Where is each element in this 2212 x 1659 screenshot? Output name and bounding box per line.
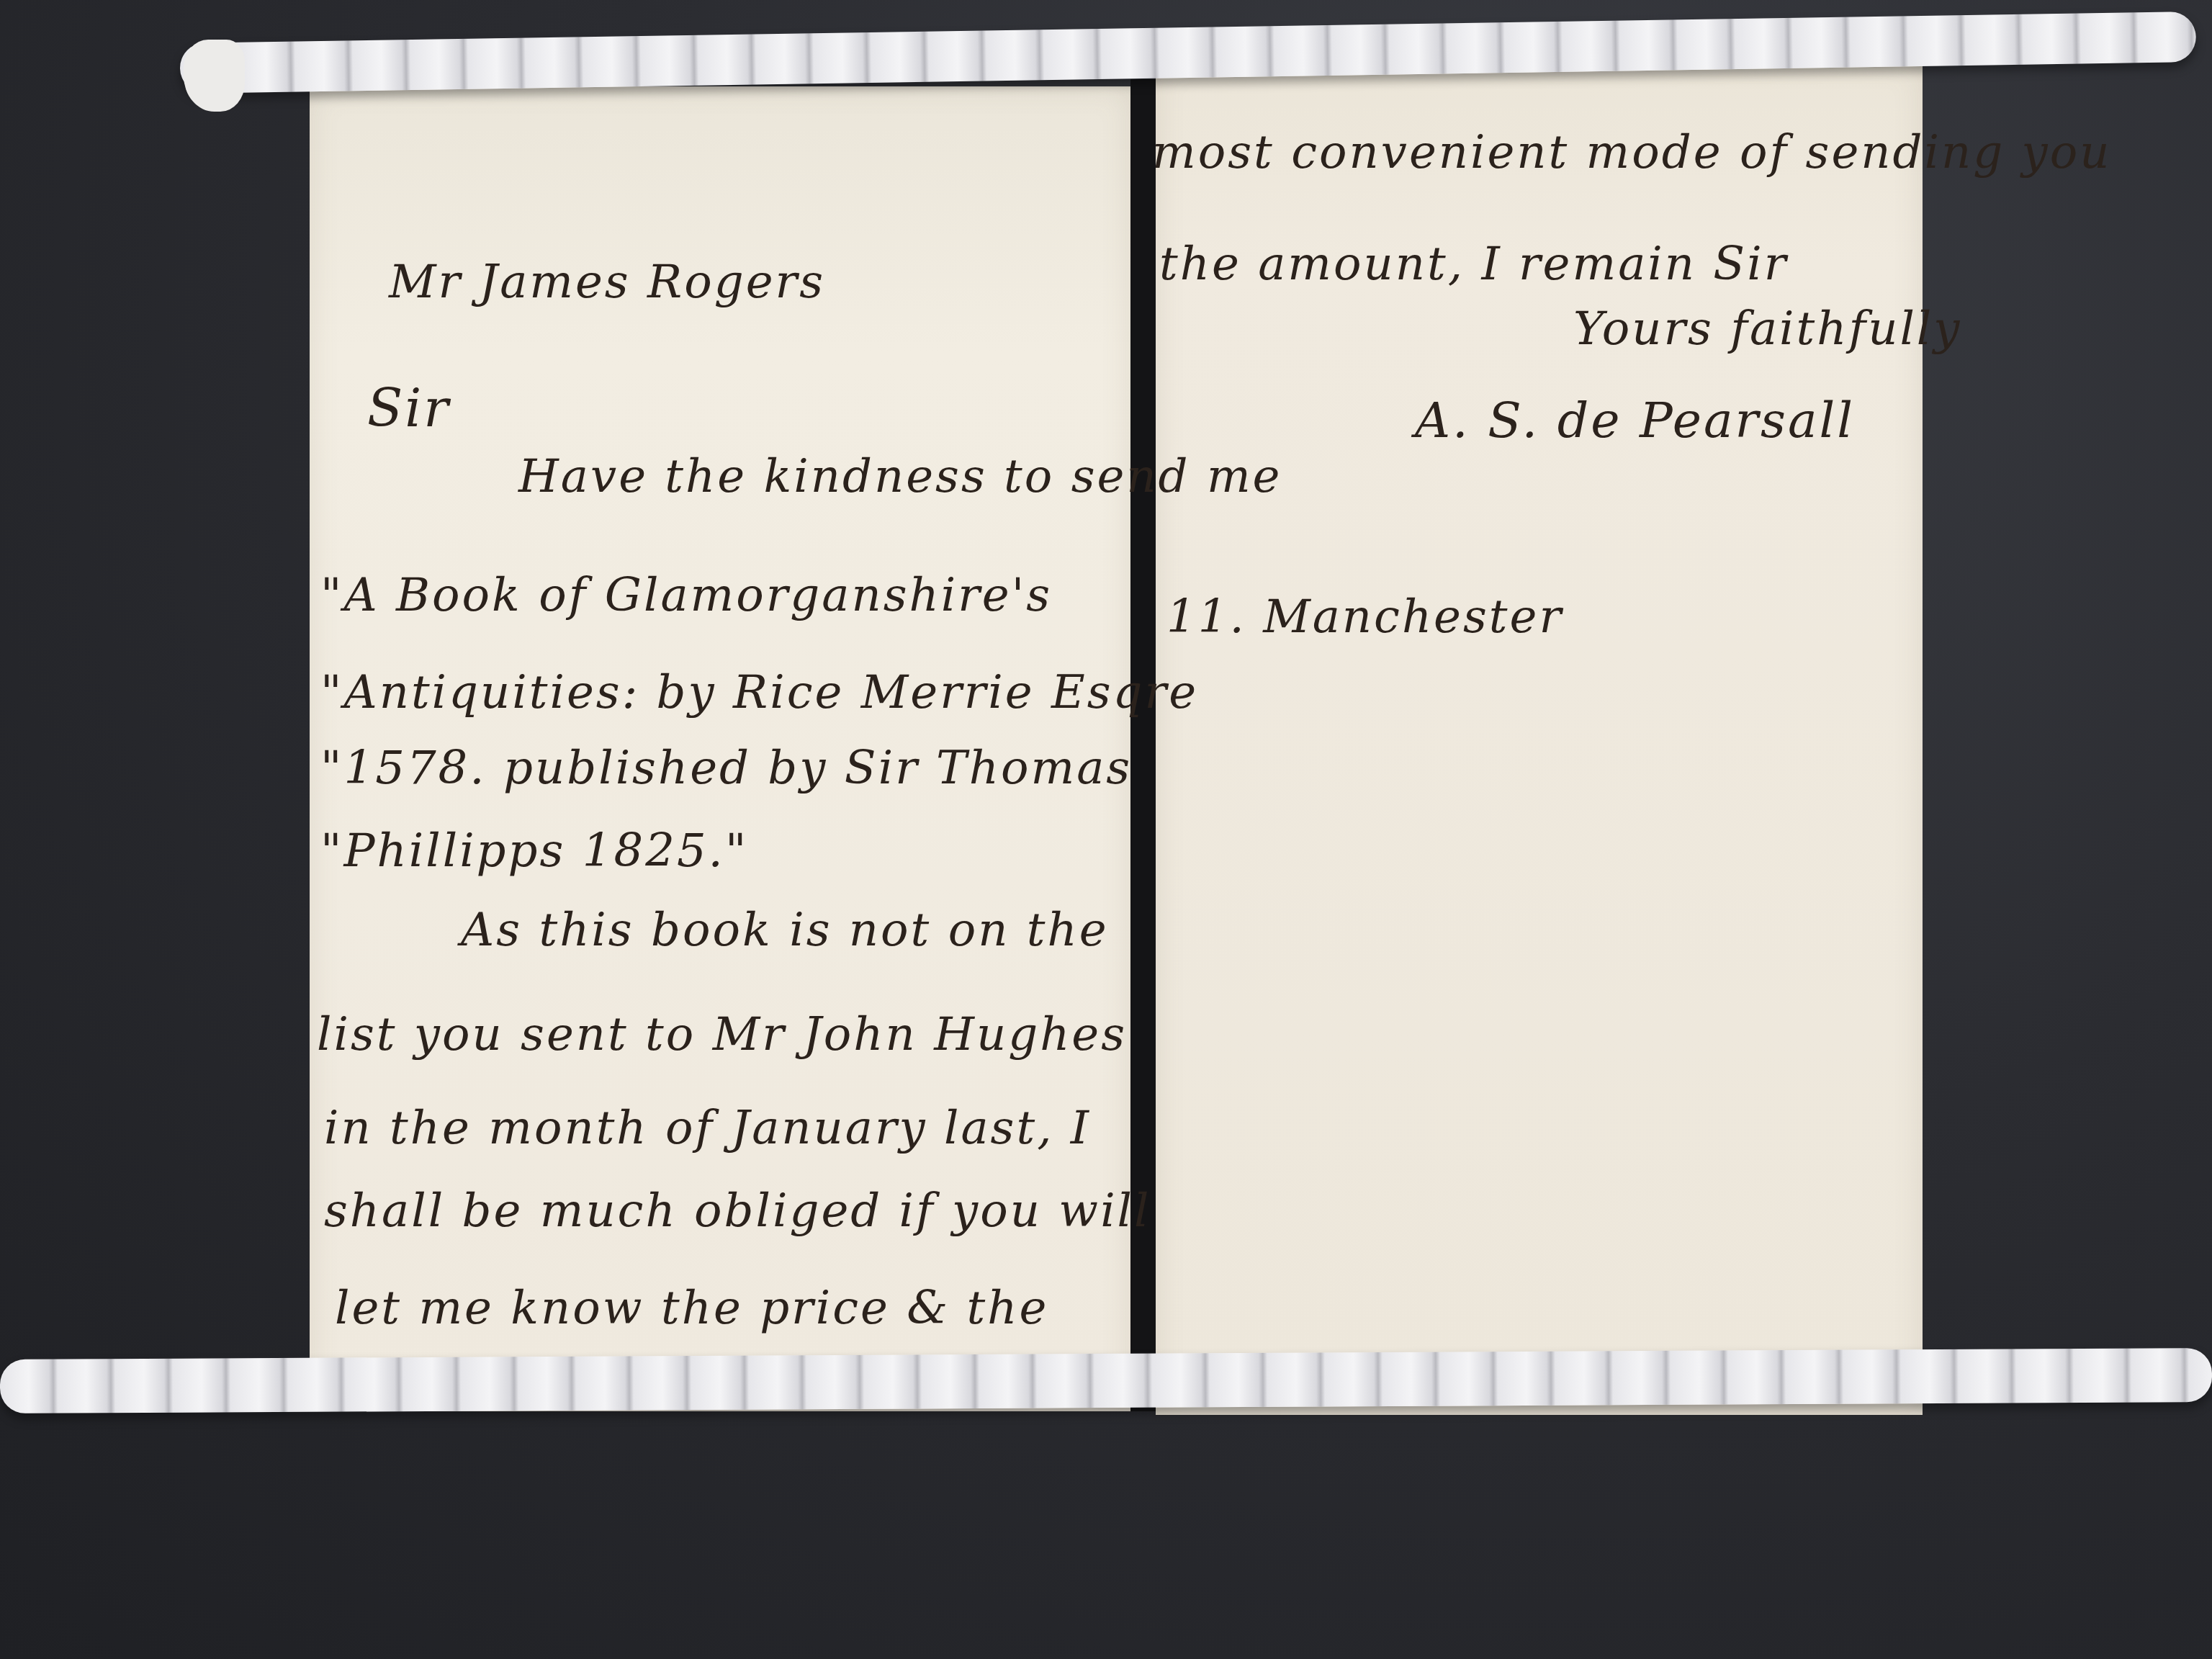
body-line-9: shall be much obliged if you will <box>324 1184 1151 1238</box>
body-line-4: "1578. published by Sir Thomas <box>320 742 1132 795</box>
addressee: Mr James Rogers <box>389 256 825 309</box>
body-line-3: "Antiquities: by Rice Merrie Esqre <box>320 666 1198 719</box>
salutation: Sir <box>367 378 451 439</box>
body-line-12: the amount, I remain Sir <box>1159 238 1788 291</box>
rope-knot <box>184 40 245 112</box>
body-line-1: Have the kindness to send me <box>518 450 1282 503</box>
signature: A. S. de Pearsall <box>1415 392 1855 449</box>
address: 11. Manchester <box>1166 590 1563 644</box>
body-line-10: let me know the price & the <box>335 1282 1048 1335</box>
closing: Yours faithfully <box>1573 302 1961 356</box>
body-line-6: As this book is not on the <box>461 904 1109 957</box>
body-line-8: in the month of January last, I <box>324 1102 1091 1155</box>
body-line-2: "A Book of Glamorganshire's <box>320 569 1052 622</box>
body-line-7: list you sent to Mr John Hughes <box>317 1008 1127 1061</box>
body-line-11: most convenient mode of sending you <box>1152 126 2111 179</box>
body-line-5: "Phillipps 1825." <box>320 824 748 878</box>
